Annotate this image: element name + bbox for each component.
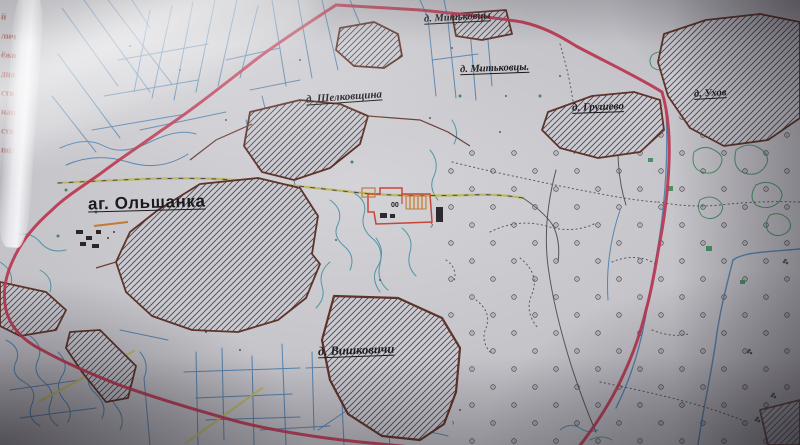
settlement-shelkovshchina-north <box>336 22 402 68</box>
label-vishkovichi: д. Вишковичи <box>318 342 395 360</box>
building-dark <box>436 207 443 222</box>
label-ukhov: д. Ухов <box>694 87 727 100</box>
map-artwork <box>0 0 800 445</box>
settlement-shelkovshchina <box>244 100 368 180</box>
settlement-olshanka-sw <box>0 282 66 336</box>
label-grushevo: д. Грушево <box>572 100 624 114</box>
label-compound: 00 <box>391 202 399 209</box>
building-symbols <box>76 222 128 248</box>
building-orange-hatched <box>406 196 426 209</box>
label-olshanka: аг. Ольшанка <box>88 191 206 214</box>
farm-compound-red <box>362 188 443 224</box>
map-photo: аг. Ольшанка д. Шелковщина д. Митьковцы … <box>0 0 800 445</box>
